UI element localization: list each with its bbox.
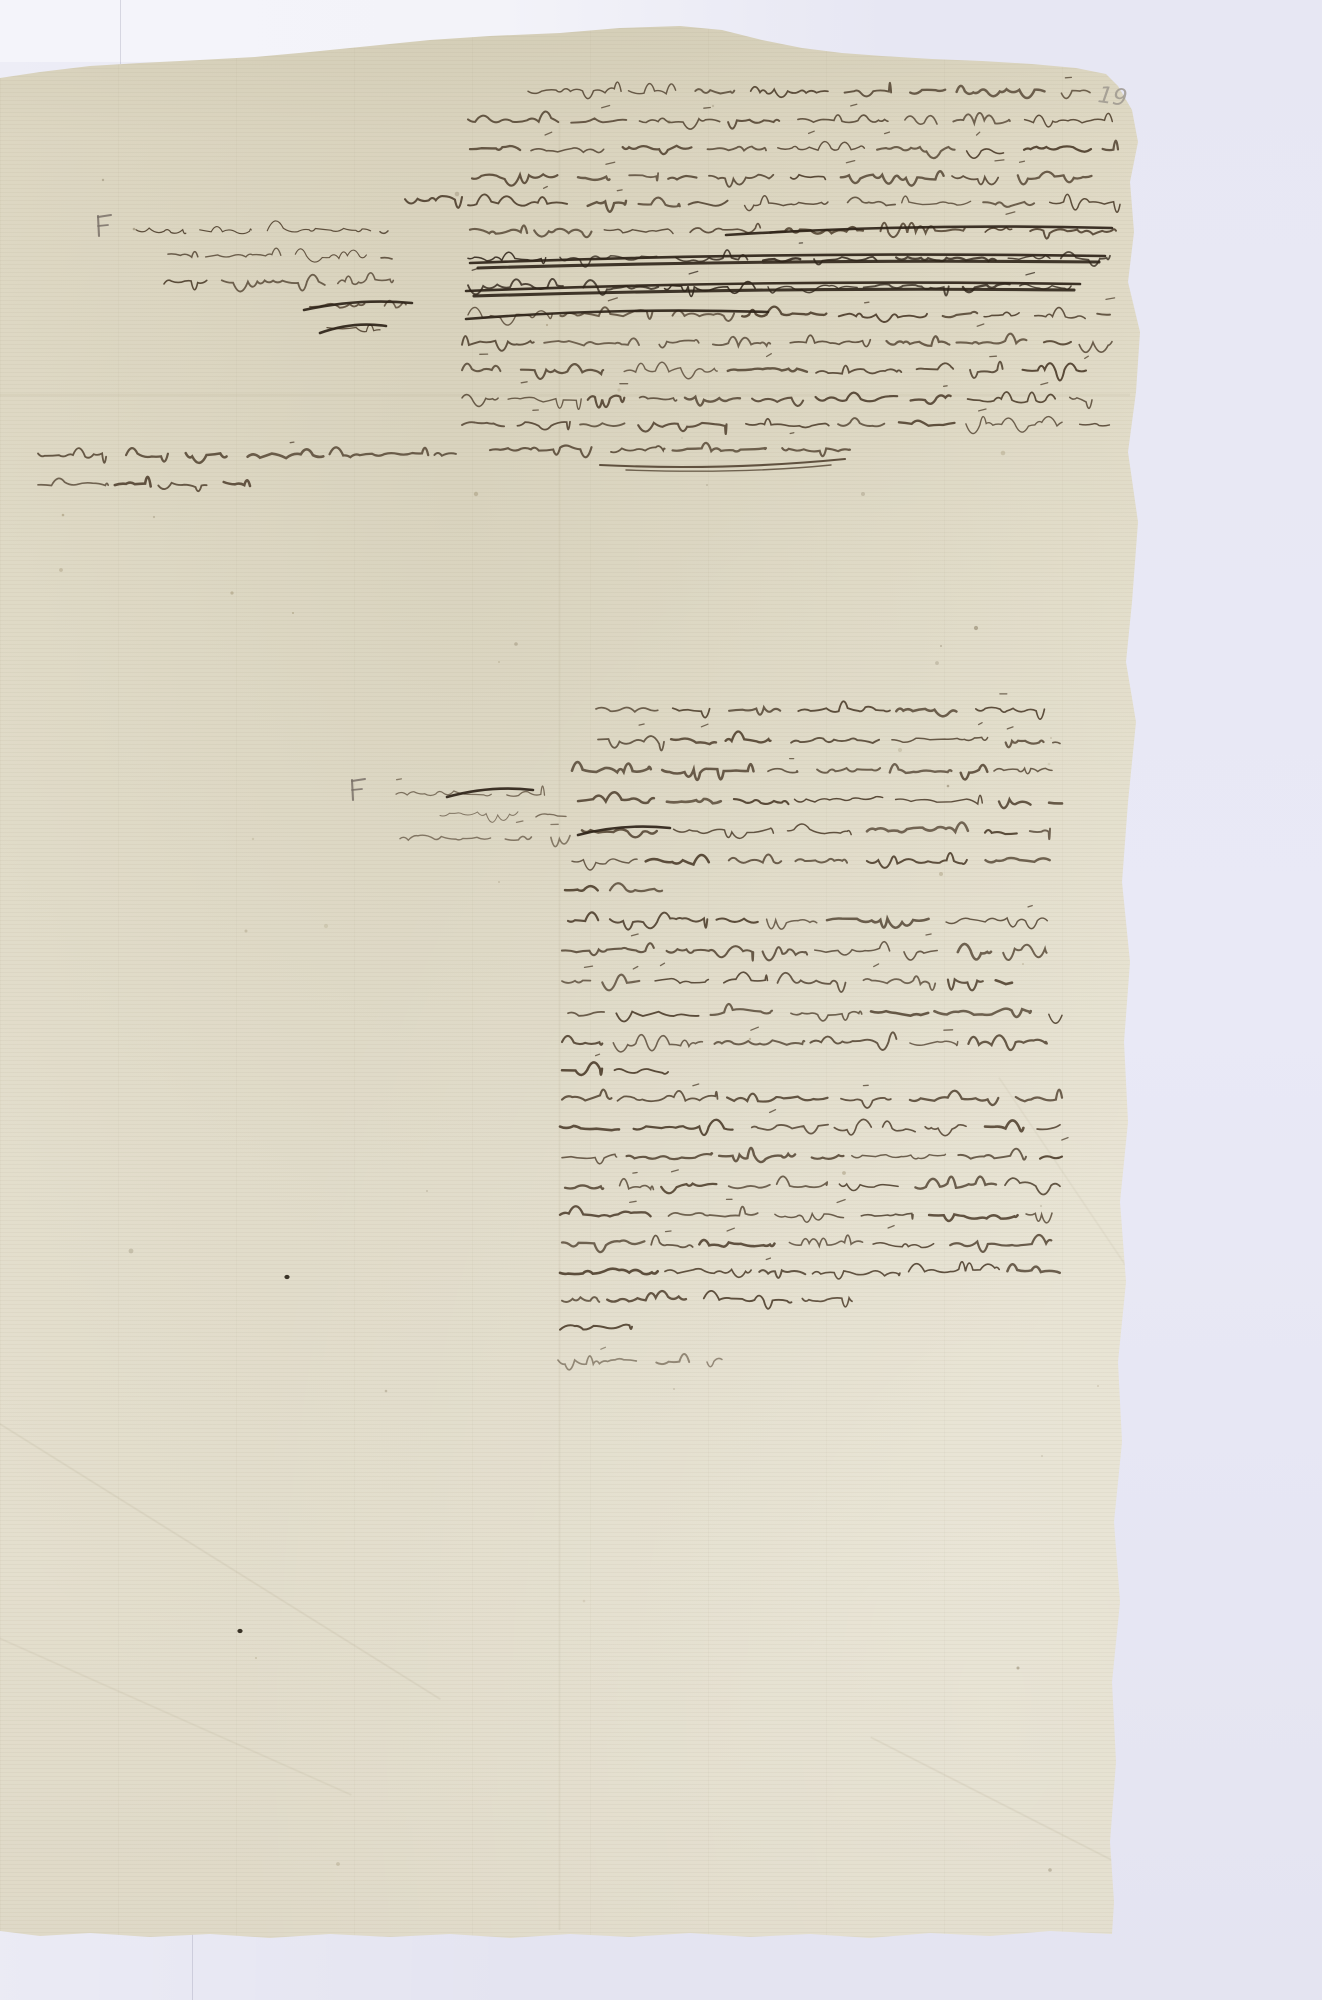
handwriting-block-paragraph-main bbox=[558, 694, 1068, 1370]
ink-spot bbox=[284, 1275, 289, 1279]
handwriting-block-margin-word-sein bbox=[405, 196, 462, 208]
handwriting-block-note-left bbox=[38, 442, 456, 491]
handwriting-layer bbox=[0, 0, 1322, 2000]
scanned-manuscript-scene: 19 bbox=[0, 0, 1322, 2000]
page-number-pencil: 19 bbox=[1096, 82, 1129, 112]
handwriting-block-note-margin-middle bbox=[352, 779, 570, 847]
handwriting-block-note-top-left bbox=[98, 215, 412, 333]
handwriting-block-paragraph-top-right bbox=[462, 77, 1120, 471]
ink-spots bbox=[237, 1275, 289, 1633]
paper-speckles bbox=[59, 105, 1099, 1872]
ink-spot bbox=[237, 1629, 242, 1633]
